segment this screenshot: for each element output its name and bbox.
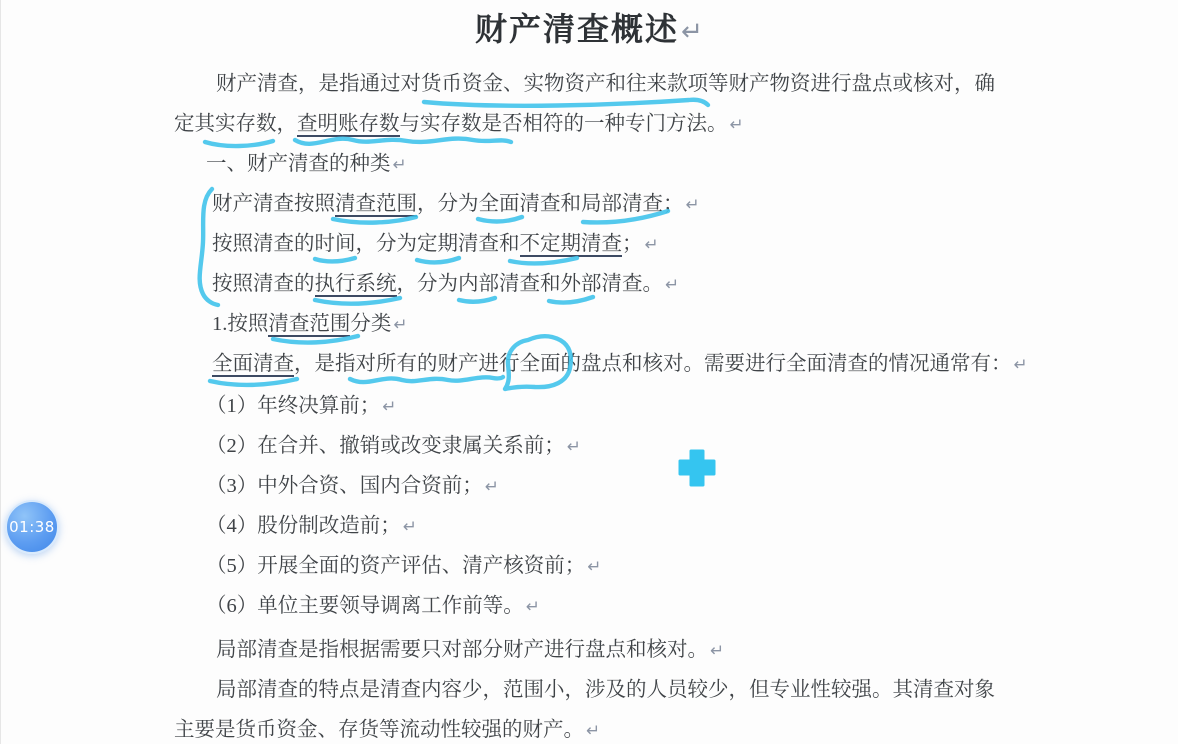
- text-line: 局部清查的特点是清查内容少，范围小，涉及的人员较少，但专业性较强。其清查对象: [174, 670, 1034, 710]
- underlined-term: 查明账存数: [297, 113, 400, 137]
- text-run: 按照清查的时间，分为定期清查和: [212, 233, 520, 255]
- text-run: （1）年终决算前；: [206, 395, 380, 417]
- text-line: 财产清查按照清查范围，分为全面清查和局部清查；↵: [174, 184, 1034, 224]
- paragraph-mark-icon: ↵: [526, 596, 540, 616]
- text-run: ，是指对所有的财产进行全面的盘点和核对。需要进行全面清查的情况通常有：: [294, 353, 1012, 375]
- text-run: （2）在合并、撤销或改变隶属关系前；: [206, 435, 565, 457]
- text-run: 一、财产清查的种类: [206, 153, 391, 175]
- text-run: （5）开展全面的资产评估、清产核资前；: [206, 555, 585, 577]
- text-line: 一、财产清查的种类↵: [174, 144, 1034, 184]
- underlined-term: 不定期清查: [520, 233, 623, 257]
- paragraph-mark-icon: ↵: [393, 154, 407, 174]
- page-title-text: 财产清查概述: [475, 11, 679, 47]
- text-run: ，分为内部清查和外部清查。: [397, 273, 664, 295]
- paragraph-mark-icon: ↵: [567, 436, 581, 456]
- text-run: （6）单位主要领导调离工作前等。: [206, 595, 524, 617]
- text-line: （5）开展全面的资产评估、清产核资前；↵: [174, 546, 1034, 586]
- paragraph-mark-icon: ↵: [686, 194, 700, 214]
- paragraph-mark-icon: ↵: [586, 720, 600, 740]
- text-run: 主要是货币资金、存货等流动性较强的财产。: [174, 719, 584, 741]
- text-line: （2）在合并、撤销或改变隶属关系前；↵: [174, 426, 1034, 466]
- text-line: 1.按照清查范围分类↵: [174, 304, 1034, 344]
- text-run: 与实存数是否相符的一种专门方法。: [400, 113, 728, 135]
- text-run: 财产清查按照: [212, 193, 335, 215]
- text-line: 按照清查的时间，分为定期清查和不定期清查；↵: [174, 224, 1034, 264]
- text-line: （3）中外合资、国内合资前；↵: [174, 466, 1034, 506]
- text-line: （4）股份制改造前；↵: [174, 506, 1034, 546]
- text-run: 定其实存数，: [174, 113, 297, 135]
- text-line: 局部清查是指根据需要只对部分财产进行盘点和核对。↵: [174, 630, 1034, 670]
- paragraph-mark-icon: ↵: [403, 516, 417, 536]
- paragraph-mark-icon: ↵: [485, 476, 499, 496]
- text-line: （6）单位主要领导调离工作前等。↵: [174, 586, 1034, 626]
- text-run: 局部清查的特点是清查内容少，范围小，涉及的人员较少，但专业性较强。其清查对象: [216, 679, 995, 701]
- document-body: 财产清查，是指通过对货币资金、实物资产和往来款项等财产物资进行盘点或核对，确定其…: [174, 64, 1034, 744]
- lecture-document-page: { "theme":{ "ink":"#3cc2ea", "plus":"#2b…: [0, 0, 1178, 744]
- underlined-term: 清查范围: [335, 193, 417, 217]
- text-line: 按照清查的执行系统，分为内部清查和外部清查。↵: [174, 264, 1034, 304]
- paragraph-mark-icon: ↵: [730, 114, 744, 134]
- underlined-term: 全面清查: [212, 353, 294, 377]
- text-run: 分类: [350, 313, 391, 335]
- page-title: 财产清查概述↵: [1, 4, 1178, 50]
- paragraph-mark-icon: ↵: [1014, 354, 1028, 374]
- paragraph-mark-icon: ↵: [587, 556, 601, 576]
- paragraph-mark-icon: ↵: [681, 17, 705, 47]
- text-line: 财产清查，是指通过对货币资金、实物资产和往来款项等财产物资进行盘点或核对，确: [174, 64, 1034, 104]
- text-run: ；: [622, 233, 643, 255]
- text-run: 1.按照: [212, 313, 268, 335]
- underlined-term: 清查范围: [268, 313, 350, 337]
- text-run: 按照清查的: [212, 273, 315, 295]
- paragraph-mark-icon: ↵: [710, 640, 724, 660]
- text-run: 财产清查，是指通过对货币资金、实物资产和往来款项等财产物资进行盘点或核对，确: [216, 73, 995, 95]
- text-line: 主要是货币资金、存货等流动性较强的财产。↵: [174, 710, 1034, 744]
- paragraph-mark-icon: ↵: [645, 234, 659, 254]
- text-line: （1）年终决算前；↵: [174, 386, 1034, 426]
- text-run: （3）中外合资、国内合资前；: [206, 475, 483, 497]
- text-line: 全面清查，是指对所有的财产进行全面的盘点和核对。需要进行全面清查的情况通常有：↵: [174, 344, 1034, 384]
- text-run: ，分为全面清查和局部清查；: [417, 193, 684, 215]
- paragraph-mark-icon: ↵: [382, 396, 396, 416]
- timer-badge[interactable]: 01:38: [5, 500, 59, 554]
- paragraph-mark-icon: ↵: [393, 314, 407, 334]
- text-line: 定其实存数，查明账存数与实存数是否相符的一种专门方法。↵: [174, 104, 1034, 144]
- underlined-term: 执行系统: [315, 273, 397, 297]
- text-run: 局部清查是指根据需要只对部分财产进行盘点和核对。: [216, 639, 708, 661]
- timer-label: 01:38: [9, 518, 55, 536]
- text-run: （4）股份制改造前；: [206, 515, 401, 537]
- paragraph-mark-icon: ↵: [665, 274, 679, 294]
